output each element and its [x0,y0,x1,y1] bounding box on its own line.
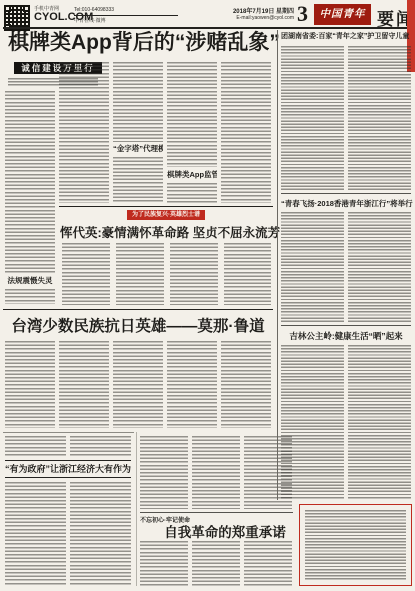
header-subline: 中青在线·微博 [74,18,106,24]
body-text-block [305,510,406,580]
section-rule [3,432,134,433]
body-text-block [348,212,411,322]
body-text-block [244,541,292,587]
body-text-block [5,289,55,304]
body-text-block [70,436,131,457]
body-text-block [167,62,217,167]
sidebar-rule [277,30,278,500]
body-text-block [221,62,271,203]
body-text-block [281,46,344,190]
highlight-notice-box [299,504,412,586]
body-text-block [192,436,240,509]
section-rule [140,512,293,513]
body-text-block [140,541,188,587]
zhejiang-headline: “有为政府”让浙江经济大有作为 [5,460,131,478]
body-text-block [5,436,66,457]
body-text-block [140,436,188,509]
body-text-block [113,341,163,428]
section-rule [281,193,411,194]
jilin-headline: 吉林公主岭:健康生活“晒”起来 [281,330,411,342]
body-text-block [281,345,344,500]
lead-subhead-2: 棋牌类App监管难 [167,169,217,180]
header-rule [3,27,407,29]
page-number: 3 [297,1,308,27]
body-text-block [62,243,110,305]
mona-headline: 台湾少数民族抗日英雄——莫那·鲁道 [3,314,273,336]
body-text-block [170,243,218,305]
body-text-block [5,91,55,274]
section-email: E-mail:yaowen@cyol.com [222,15,294,21]
body-text-block [70,482,131,586]
column-rule [136,432,137,586]
body-text-block [113,157,163,203]
reform-headline: 自我革命的郑重承诺 [157,521,293,541]
lead-subhead-3: 法规震慑失灵 [5,275,55,286]
body-text-block [5,341,55,428]
section-rule [3,309,273,310]
heroes-kicker: 为了民族复兴·英雄烈士谱 [127,210,205,220]
body-text-block [116,243,164,305]
body-text-block [348,46,411,190]
body-text-block [59,62,109,203]
hunan-headline: 团湖南省委:百家“青年之家”护卫留守儿童 [281,31,412,41]
body-text-block [224,243,271,305]
lead-subhead-1: “金字塔”代理模式 [113,143,163,154]
section-rule [281,325,411,326]
body-text-block [192,541,240,587]
body-text-block [167,341,217,428]
section-rule [59,206,273,207]
masthead-nameplate: 中国青年报 [314,4,371,25]
lead-headline: 棋牌类App背后的“涉赌乱象” [8,31,274,54]
newspaper-page: 手机中青网 CYOL.COM Tel:010-64098333 中青在线·微博 … [0,0,415,591]
body-text-block [59,341,109,428]
issue-date: 2018年7月19日 星期四 [222,6,294,15]
body-text-block [113,62,163,142]
header-tel: Tel:010-64098333 [74,7,114,13]
body-text-block [281,212,344,322]
heroes-headline: 恽代英:豪情满怀革命路 坚贞不屈永流芳 [60,223,273,241]
hk-headline: “青春飞扬·2018香港青年浙江行”将举行 [281,198,411,209]
body-text-block [167,183,217,203]
body-text-block [221,341,271,428]
body-text-block [5,482,66,586]
header-tel-rule [74,15,178,16]
body-text-block [348,345,411,500]
